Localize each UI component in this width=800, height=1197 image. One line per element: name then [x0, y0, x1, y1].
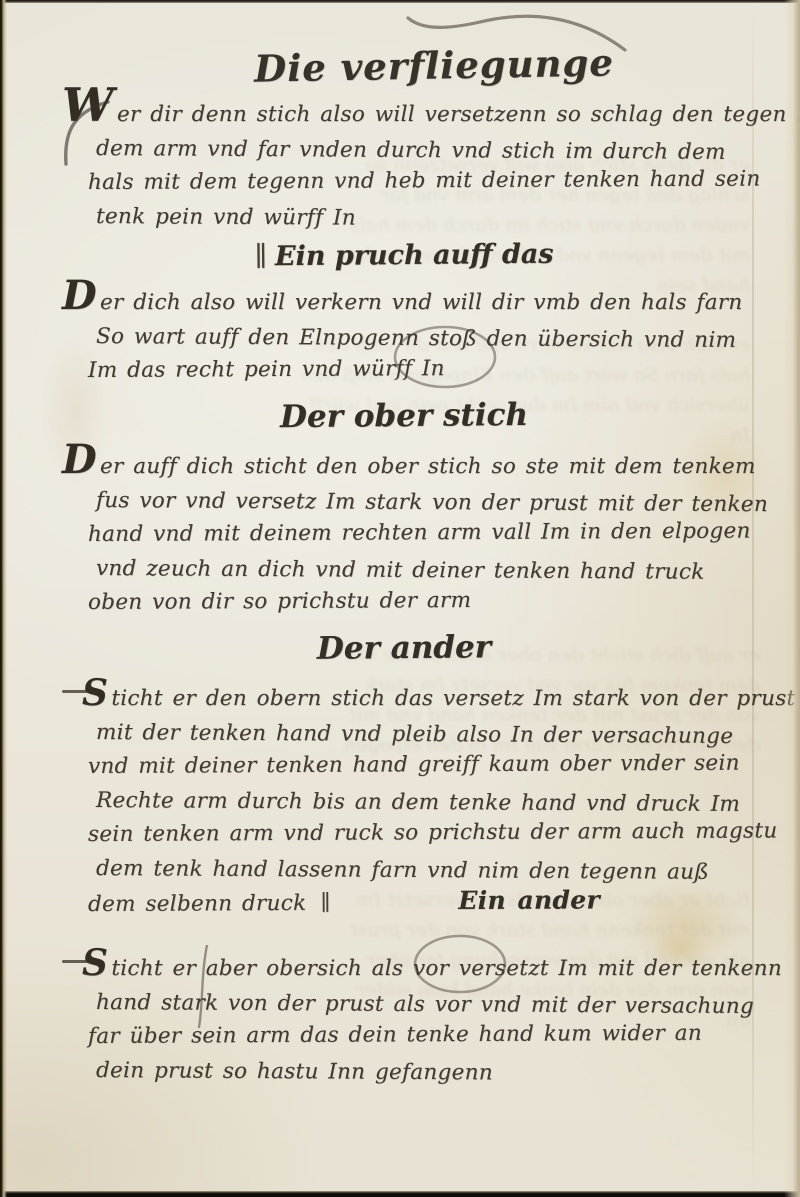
line-text: far über sein arm das dein tenke hand ku…: [88, 1021, 702, 1049]
line-text: dem tenk hand lassenn farn vnd nim den t…: [96, 856, 709, 885]
manuscript-line: far über sein arm das dein tenke hand ku…: [88, 1017, 746, 1054]
line-text: er dich also will verkern vnd will dir v…: [100, 290, 743, 315]
manuscript-paragraph: Wer dir denn stich also will versetzenn …: [62, 98, 746, 234]
pen-stroke-marks: ∥: [320, 891, 328, 916]
line-text: dem selbenn druck: [88, 891, 307, 917]
line-text: So wart auff den Elnpogenn stoß den über…: [96, 324, 736, 353]
line-text: mit der tenken hand vnd pleib also In de…: [96, 720, 733, 749]
photo-edge-right: [784, 0, 800, 1197]
line-text: sein tenken arm vnd ruck so prichstu der…: [88, 818, 778, 847]
page-title: Die verfliegunge: [62, 38, 747, 94]
manuscript-line: Der dich also will verkern vnd will dir …: [62, 286, 746, 320]
photo-edge-top: [0, 0, 800, 3]
manuscript-paragraph: Der auff dich sticht den ober stich so s…: [62, 450, 746, 620]
line-text: Rechte arm durch bis an dem tenke hand v…: [96, 788, 740, 817]
manuscript-line: hals mit dem tegenn vnd heb mit deiner t…: [88, 163, 746, 200]
line-text: ticht er den obern stich das versetz Im …: [111, 686, 795, 711]
line-text: hand vnd mit deinem rechten arm vall Im …: [88, 519, 751, 547]
manuscript-line: oben von dir so prichstu der arm: [88, 583, 746, 620]
manuscript-line: dein prust so hastu Inn gefangenn: [96, 1054, 746, 1092]
manuscript-line: Sticht er aber obersich als vor versetzt…: [62, 952, 746, 986]
inline-section-heading: Ein ander: [458, 885, 600, 915]
line-text: fus vor vnd versetz Im stark von der pru…: [96, 488, 768, 517]
decorated-initial: S: [62, 942, 108, 984]
section-heading: Der ander: [62, 621, 746, 675]
line-text: er auff dich sticht den ober stich so st…: [100, 454, 756, 479]
section-heading-label: Ein pruch auff das: [275, 239, 554, 272]
manuscript-paragraph: Sticht er aber obersich als vor versetzt…: [62, 952, 746, 1088]
section-heading-label: Der ander: [317, 629, 491, 667]
section-heading-label: Der ober stich: [280, 397, 528, 435]
manuscript-photo: er dir denn stich also will versetzenn s…: [0, 0, 800, 1197]
manuscript-text-block: Die verfliegunge Wer dir denn stich also…: [62, 44, 746, 1088]
manuscript-line: Der auff dich sticht den ober stich so s…: [62, 450, 746, 484]
line-text: hals mit dem tegenn vnd heb mit deiner t…: [88, 166, 761, 195]
line-text: dein prust so hastu Inn gefangenn: [96, 1058, 493, 1085]
line-text: oben von dir so prichstu der arm: [88, 588, 471, 615]
manuscript-line: dem selbenn druck∥Ein ander: [88, 883, 746, 922]
decorated-initial: S: [62, 672, 108, 714]
manuscript-body: Wer dir denn stich also will versetzenn …: [62, 98, 746, 1088]
line-text: vnd mit deiner tenken hand greiff kaum o…: [88, 751, 740, 779]
manuscript-line: vnd mit deiner tenken hand greiff kaum o…: [88, 747, 746, 784]
manuscript-paragraph: Sticht er den obern stich das versetz Im…: [62, 682, 746, 922]
line-text: dem arm vnd far vnden durch vnd stich im…: [96, 136, 726, 165]
line-text: Im das recht pein vnd würff In: [88, 356, 445, 383]
decorated-initial: D: [62, 436, 97, 483]
manuscript-line: Im das recht pein vnd würff In: [88, 351, 746, 388]
decorated-initial: D: [62, 272, 97, 319]
manuscript-line: Wer dir denn stich also will versetzenn …: [62, 98, 746, 132]
pen-stroke-marks: ∥: [254, 241, 265, 272]
photo-edge-left: [0, 0, 7, 1197]
line-text: ticht er aber obersich als vor versetzt …: [111, 956, 782, 981]
manuscript-paragraph: Der dich also will verkern vnd will dir …: [62, 286, 746, 388]
line-text: er dir denn stich also will versetzenn s…: [117, 102, 800, 127]
section-heading: Der ober stich: [62, 389, 746, 443]
line-text: vnd zeuch an dich vnd mit deiner tenken …: [96, 556, 705, 585]
line-text: hand stark von der prust als vor vnd mit…: [96, 990, 754, 1019]
section-heading: ∥Ein pruch auff das: [62, 233, 746, 279]
manuscript-line: sein tenken arm vnd ruck so prichstu der…: [88, 815, 746, 852]
manuscript-line: Sticht er den obern stich das versetz Im…: [62, 682, 746, 716]
manuscript-line: tenk pein vnd würff In: [96, 200, 746, 238]
manuscript-line: hand vnd mit deinem rechten arm vall Im …: [88, 515, 746, 552]
line-text: tenk pein vnd würff In: [96, 204, 356, 231]
photo-edge-bottom: [0, 1191, 800, 1197]
